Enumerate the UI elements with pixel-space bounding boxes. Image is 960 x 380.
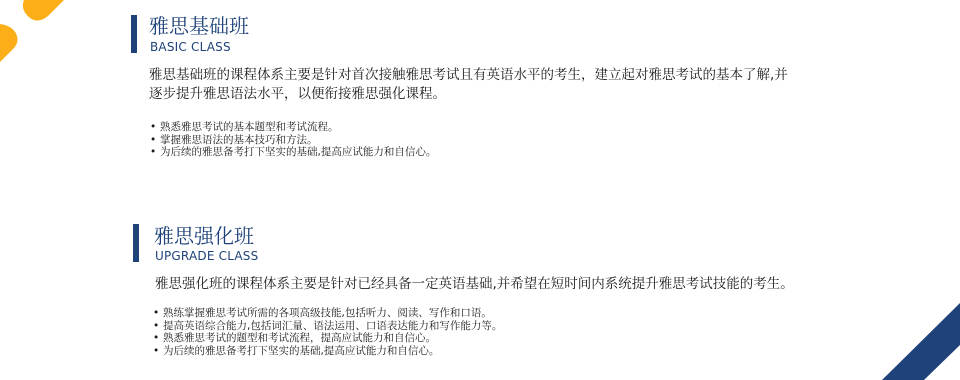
upgrade-class-section: 雅思强化班 UPGRADE CLASS 雅思强化班的课程体系主要是针对已经具备一… [0,0,960,380]
heading-accent-bar [133,224,139,262]
list-item: •熟悉雅思考试的题型和考试流程，提高应试能力和自信心。 [153,332,502,345]
section-title: 雅思强化班 [154,225,254,247]
list-item: •提高英语综合能力,包括词汇量、语法运用、口语表达能力和写作能力等。 [153,320,502,333]
list-item: •熟练掌握雅思考试所需的各项高级技能,包括听力、阅读、写作和口语。 [153,307,502,320]
list-item: •为后续的雅思备考打下坚实的基础,提高应试能力和自信心。 [153,345,502,358]
section-description: 雅思强化班的课程体系主要是针对已经具备一定英语基础,并希望在短时间内系统提升雅思… [155,275,794,294]
section-subtitle: UPGRADE CLASS [155,249,258,263]
feature-list: •熟练掌握雅思考试所需的各项高级技能,包括听力、阅读、写作和口语。 •提高英语综… [153,307,502,357]
